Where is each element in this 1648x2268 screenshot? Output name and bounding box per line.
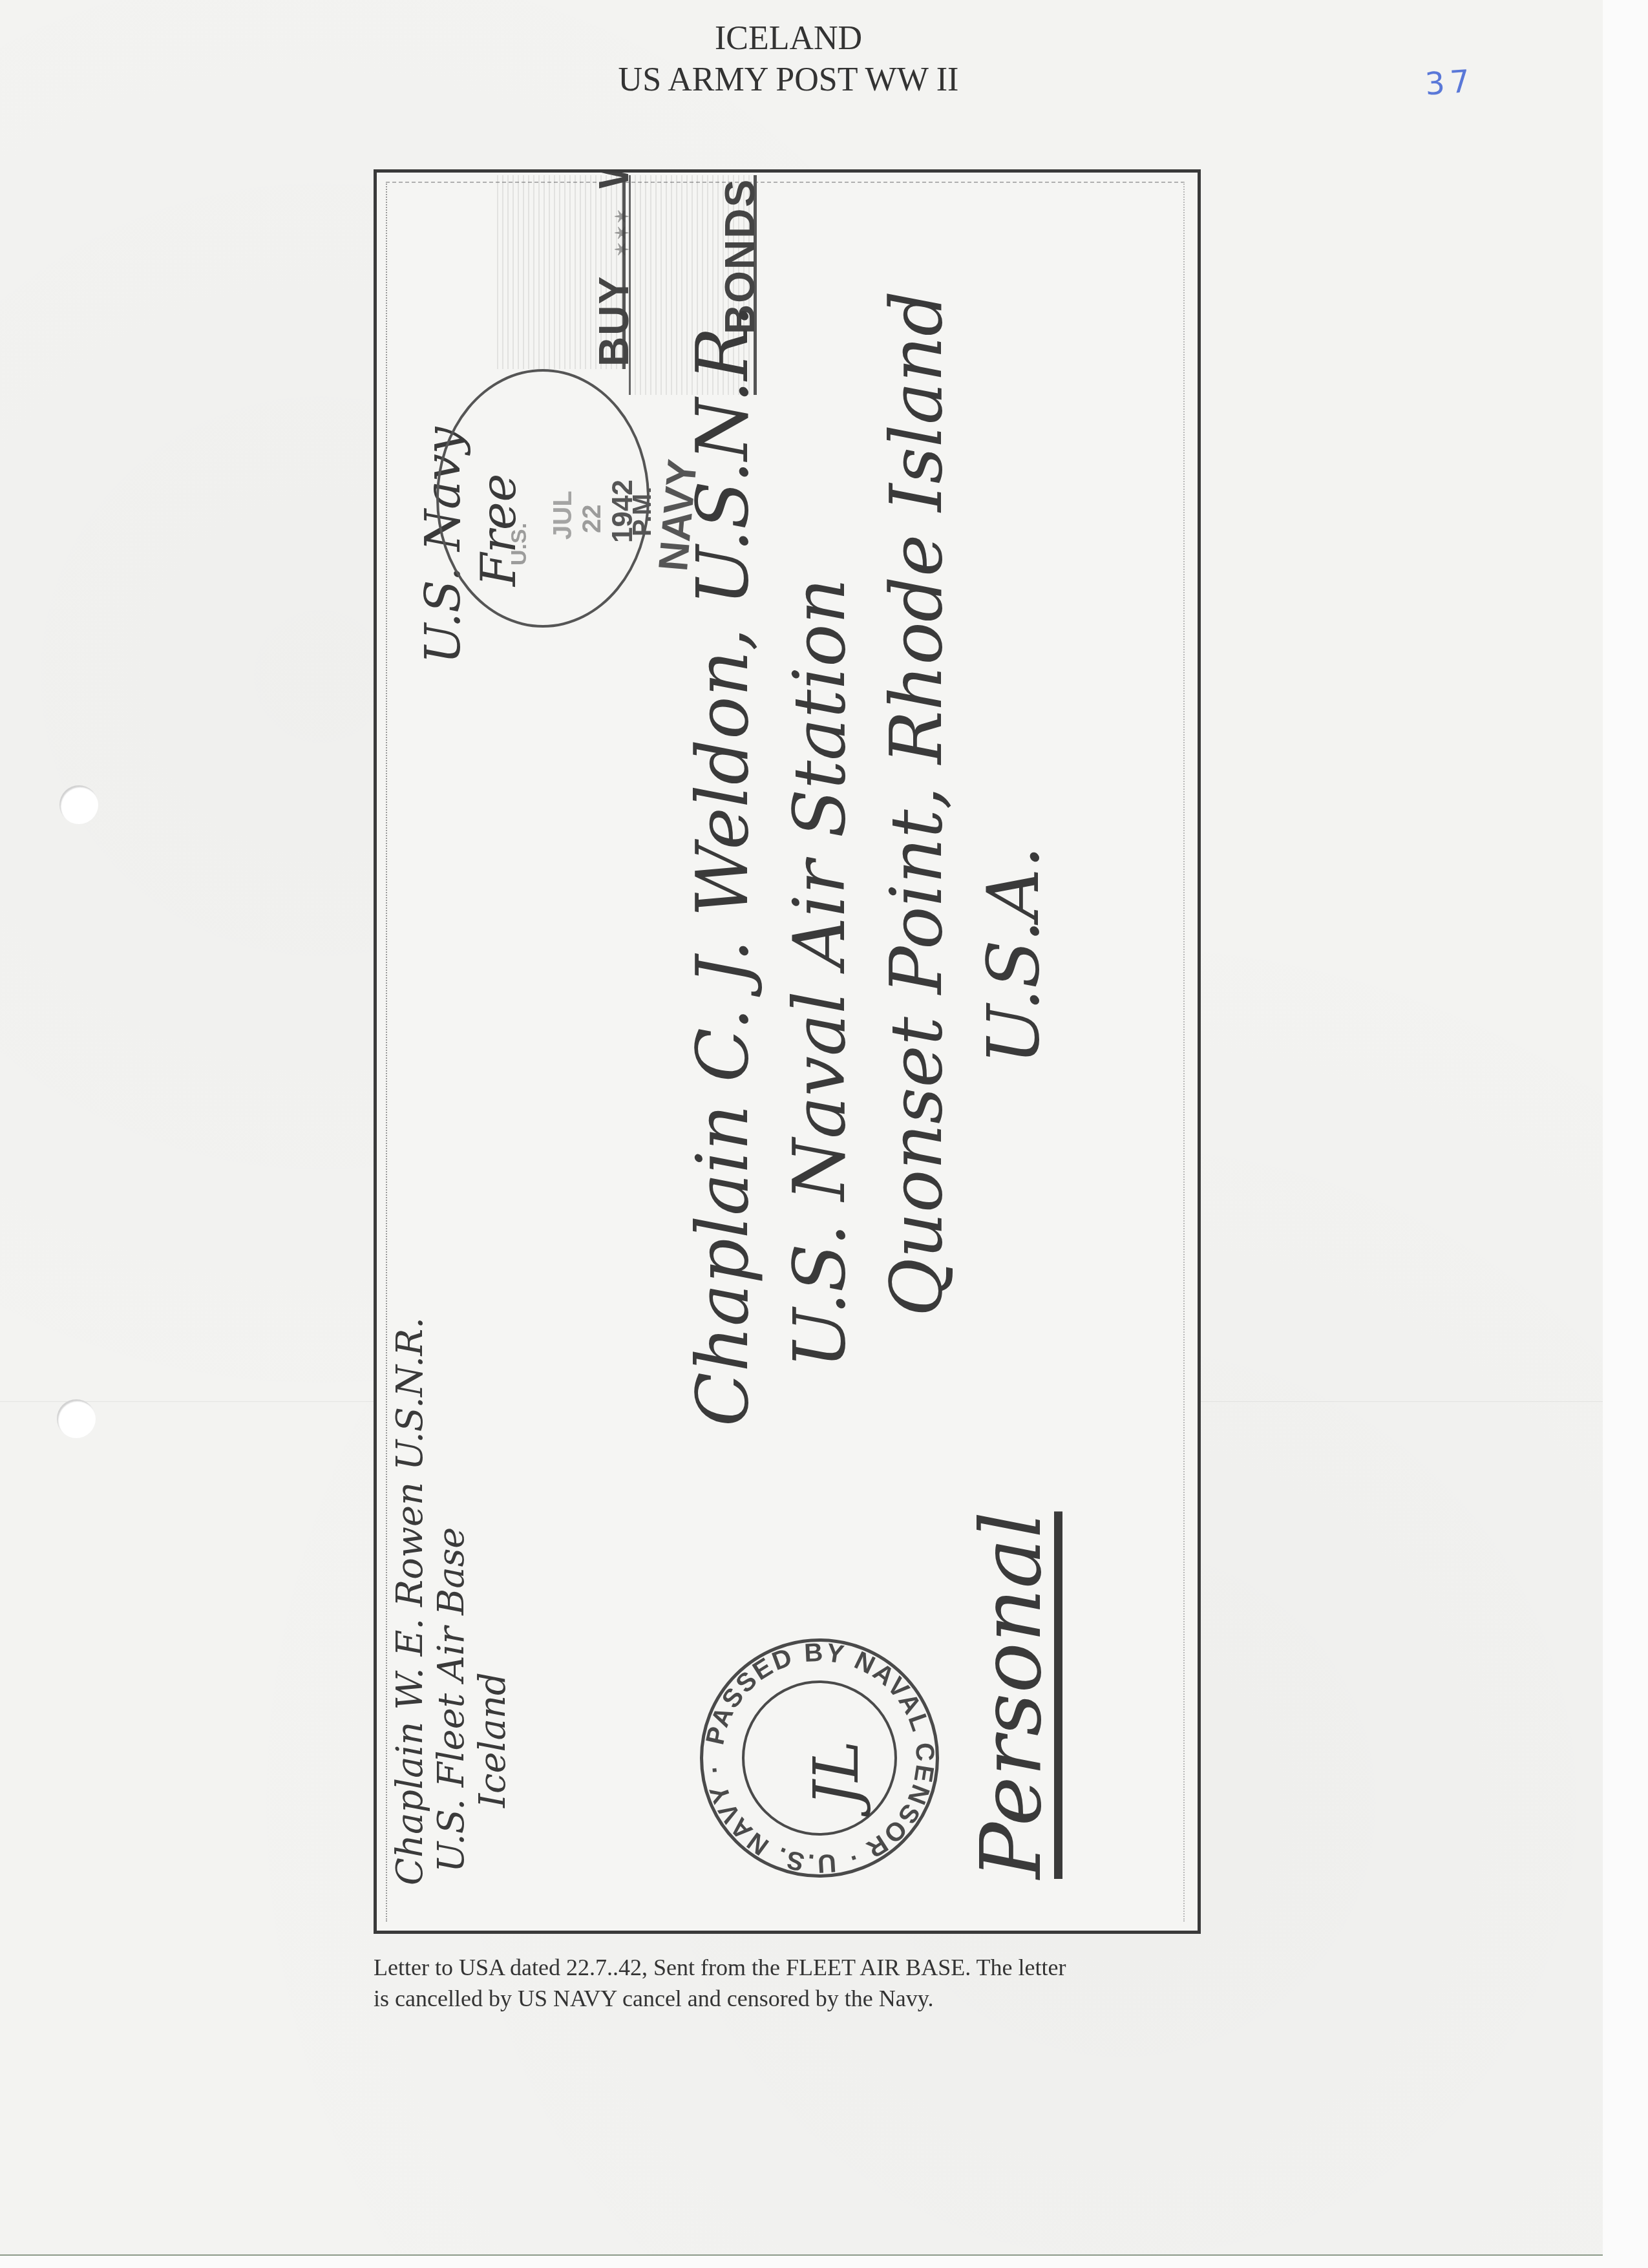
album-page: ICELAND US ARMY POST WW II 37 U.S. Navy …: [0, 0, 1603, 2256]
censor-initials: JL: [800, 1741, 872, 1807]
punch-hole-lower: [57, 1399, 96, 1438]
naval-censor-stamp: PASSED BY NAVAL CENSOR · U.S. NAVY · JL: [700, 1638, 939, 1878]
sender-line2: U.S. Fleet Air Base: [431, 1317, 472, 1885]
page-title-line1: ICELAND: [0, 18, 1577, 59]
punch-hole-upper: [59, 785, 98, 824]
caption-line2: is cancelled by US NAVY cancel and censo…: [374, 1983, 1214, 2014]
caption: Letter to USA dated 22.7..42, Sent from …: [374, 1952, 1214, 2014]
recipient-line2: U.S. Naval Air Station: [771, 291, 868, 1426]
recipient-line1: Chaplain C. J. Weldon, U.S.N.R.: [674, 291, 771, 1426]
sender-address: Chaplain W. E. Rowen U.S.N.R. U.S. Fleet…: [390, 1317, 514, 1885]
navy-postmark: U.S. JUL 22 1942 P.M. NAVY: [436, 369, 650, 628]
recipient-address: Chaplain C. J. Weldon, U.S.N.R. U.S. Nav…: [674, 291, 1062, 1426]
postmark-top: U.S.: [507, 523, 532, 566]
page-title: ICELAND US ARMY POST WW II: [0, 18, 1577, 101]
envelope-cover: U.S. Navy Free BUY ✶✶✶ WAR BONDS U.S. JU…: [374, 169, 1201, 1934]
recipient-line3: Quonset Point, Rhode Island: [868, 291, 965, 1426]
page-title-line2: US ARMY POST WW II: [0, 59, 1577, 101]
sender-line3: Iceland: [472, 1317, 514, 1885]
sender-line1: Chaplain W. E. Rowen U.S.N.R.: [390, 1317, 431, 1885]
page-number: 37: [1424, 63, 1476, 102]
slogan-word-buy-war: BUY ✶✶✶ WAR: [590, 169, 638, 366]
postmark-month: JUL: [549, 491, 578, 540]
personal-notation: Personal: [962, 1512, 1060, 1880]
caption-line1: Letter to USA dated 22.7..42, Sent from …: [374, 1952, 1214, 1983]
recipient-line4: U.S.A.: [965, 291, 1062, 1426]
postmark-day: 22: [578, 505, 607, 534]
